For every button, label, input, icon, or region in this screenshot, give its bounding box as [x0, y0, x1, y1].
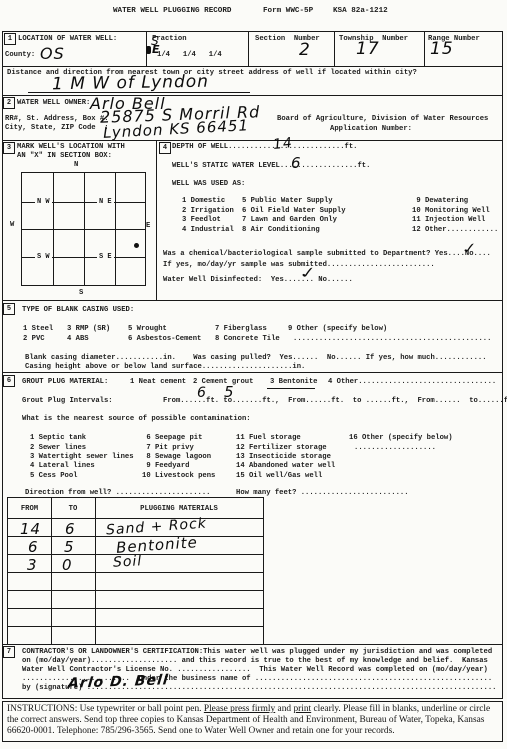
table-line: [8, 518, 263, 519]
table-cell-to: 5: [64, 538, 75, 556]
contamination-option: 6 Seepage pit: [142, 434, 202, 442]
distance-value: 1 M W of Lyndon: [52, 72, 209, 95]
static-water-level-value: 6: [291, 154, 302, 172]
well-location-mark: [134, 243, 139, 248]
ksa-statute: KSA 82a-1212: [333, 7, 388, 15]
form-number: Form WWC-5P: [263, 7, 313, 15]
use-option: 1 Domestic: [182, 197, 225, 205]
contamination-question: What is the nearest source of possible c…: [22, 415, 251, 423]
section-3-number: 3: [3, 142, 15, 154]
compass-w: W: [10, 221, 14, 229]
divider: [2, 95, 502, 96]
divider: [424, 31, 425, 66]
quarter-label-se: S E: [97, 253, 114, 261]
casing-option: 7 Fiberglass: [215, 325, 267, 333]
quarter-label-nw: N W: [35, 198, 52, 206]
use-option: 10 Monitoring Well: [412, 207, 490, 215]
table-header-to: TO: [51, 505, 95, 513]
quarter-label-ne: N E: [97, 198, 114, 206]
direction-from-well-question: Direction from well? ...................…: [25, 489, 210, 497]
depth-value: 14: [272, 135, 293, 153]
contamination-option: 15 Oil well/Gas well: [236, 472, 322, 480]
static-water-level-line: WELL'S STATIC WATER LEVEL...............…: [172, 162, 370, 170]
section-7-number: 7: [3, 646, 15, 658]
contamination-option: 9 Feedyard: [142, 462, 189, 470]
compass-e: E: [146, 222, 150, 230]
table-line: [8, 626, 263, 627]
location-label: LOCATION OF WATER WELL:: [18, 35, 117, 43]
bentonite-underline-mark: [267, 388, 315, 389]
mark-location-label-2: AN "X" IN SECTION BOX:: [17, 152, 112, 160]
well-used-as-label: WELL WAS USED AS:: [172, 180, 245, 188]
casing-option: 5 Wrought: [128, 325, 167, 333]
township-number-value: 17: [356, 39, 380, 59]
contamination-option: 4 Lateral lines: [30, 462, 95, 470]
grout-material-label: GROUT PLUG MATERIAL:: [22, 378, 108, 386]
casing-option: 9 Other (specify below): [288, 325, 387, 333]
table-line: [8, 590, 263, 591]
grout-intervals-label: Grout Plug Intervals:: [22, 397, 113, 405]
grout-option-other: 4 Other................................: [328, 378, 496, 386]
contamination-option: 2 Sewer lines: [30, 444, 86, 452]
casing-option: 4 ABS: [67, 335, 89, 343]
depth-of-well-line: DEPTH OF WELL...........................…: [172, 143, 357, 151]
divider: [2, 300, 502, 301]
interval-to-value: 5: [224, 383, 235, 401]
divider: [2, 66, 502, 67]
table-line: [8, 608, 263, 609]
contamination-option: 11 Fuel storage: [236, 434, 301, 442]
application-number-label: Application Number:: [330, 125, 412, 133]
use-option: 8 Air Conditioning: [242, 226, 320, 234]
table-cell-to: 0: [62, 556, 73, 574]
address-label: RR#, St. Address, Box #:: [5, 115, 109, 123]
divider: [156, 140, 157, 300]
certification-line-3: Water Well Contractor's License No. ....…: [22, 666, 488, 674]
table-line: [8, 572, 263, 573]
divider: [2, 372, 502, 373]
plugging-table: FROM TO PLUGGING MATERIALS 14 6 Sand + R…: [7, 497, 264, 645]
use-option: 6 Oil Field Water Supply: [242, 207, 346, 215]
table-cell-from: 3: [27, 556, 38, 574]
city-state-zip-label: City, State, ZIP Code :: [5, 124, 109, 132]
ink-blob: [146, 46, 151, 54]
contamination-option: 10 Livestock pens: [142, 472, 215, 480]
section-grid: N W N E S W S E: [21, 172, 146, 286]
table-cell-material: Soil: [113, 553, 143, 571]
section-1-number: 1: [4, 33, 16, 45]
section-2-number: 2: [3, 97, 15, 109]
table-header-materials: PLUGGING MATERIALS: [95, 505, 263, 513]
casing-option: 1 Steel: [23, 325, 53, 333]
grid-line: [22, 229, 145, 230]
divider: [2, 140, 502, 141]
certification-line-1: CONTRACTOR'S OR LANDOWNER'S CERTIFICATIO…: [22, 648, 492, 656]
compass-n: N: [74, 161, 78, 169]
grout-option-neat-cement: 1 Neat cement: [130, 378, 186, 386]
table-cell-from: 14: [20, 520, 41, 538]
table-cell-from: 6: [28, 538, 39, 556]
table-line: [95, 498, 96, 644]
fraction-handwritten-e: E: [152, 43, 161, 56]
table-line: [51, 498, 52, 644]
casing-option: 8 Concrete Tile: [215, 335, 280, 343]
certification-line-2: on (mo/day/year).................... and…: [22, 657, 488, 665]
water-well-plugging-record-form: WATER WELL PLUGGING RECORD Form WWC-5P K…: [0, 0, 507, 749]
table-header-from: FROM: [8, 505, 51, 513]
use-option: 4 Industrial: [182, 226, 234, 234]
use-option: 5 Public Water Supply: [242, 197, 333, 205]
use-option: 7 Lawn and Garden Only: [242, 216, 337, 224]
section-number-value: 2: [299, 40, 311, 60]
casing-option: 6 Asbestos-Cement: [128, 335, 201, 343]
contamination-other-blank: ...................: [354, 444, 436, 452]
section-4-number: 4: [159, 142, 171, 154]
fraction-printed: 1/4 1/4 1/4: [157, 51, 222, 59]
use-option: 11 Injection Well: [412, 216, 485, 224]
interval-from-value: 6: [197, 385, 207, 401]
quarter-label-sw: S W: [35, 253, 52, 261]
use-option: 9 Dewatering: [412, 197, 468, 205]
contamination-option: 7 Pit privy: [142, 444, 194, 452]
use-option: 2 Irrigation: [182, 207, 234, 215]
contamination-option: 1 Septic tank: [30, 434, 86, 442]
grout-option-bentonite: 3 Bentonite: [270, 378, 317, 386]
casing-other-blank: ........................................…: [293, 335, 491, 343]
use-option: 3 Feedlot: [182, 216, 221, 224]
divider: [248, 31, 249, 66]
casing-option: 2 PVC: [23, 335, 45, 343]
agency-label: Board of Agriculture, Division of Water …: [277, 115, 488, 123]
range-number-value: 15: [430, 39, 454, 59]
contamination-option: 13 Insecticide storage: [236, 453, 331, 461]
compass-s: S: [79, 289, 83, 297]
handwritten-underline: [28, 92, 250, 93]
use-option: 12 Other............: [412, 226, 498, 234]
owner-label: WATER WELL OWNER:: [17, 99, 90, 107]
contamination-option: 14 Abandoned water well: [236, 462, 335, 470]
table-cell-to: 6: [65, 520, 76, 538]
mark-location-label-1: MARK WELL'S LOCATION WITH: [17, 143, 125, 151]
casing-diameter-line: Blank casing diameter...........in. Was …: [25, 354, 487, 362]
grout-intervals-line: From......ft. to.......ft., From......ft…: [163, 397, 507, 405]
contamination-option: 5 Cess Pool: [30, 472, 77, 480]
casing-label: TYPE OF BLANK CASING USED:: [22, 306, 134, 314]
contamination-option: 8 Sewage lagoon: [142, 453, 211, 461]
county-label: County:: [5, 51, 35, 59]
county-value: OS: [40, 44, 65, 63]
casing-height-line: Casing height above or below land surfac…: [25, 363, 305, 371]
section-6-number: 6: [3, 375, 15, 387]
disinfected-question: Water Well Disinfected: Yes....... No...…: [163, 276, 353, 284]
section-5-number: 5: [3, 303, 15, 315]
instructions-text: INSTRUCTIONS: Use typewriter or ball poi…: [7, 704, 499, 738]
contamination-option: 3 Watertight sewer lines: [30, 453, 134, 461]
contamination-option: 12 Fertilizer storage: [236, 444, 327, 452]
form-title: WATER WELL PLUGGING RECORD: [113, 7, 231, 15]
casing-option: 3 RMP (SR): [67, 325, 110, 333]
sample-submitted-question: Was a chemical/bacteriological sample su…: [163, 250, 491, 258]
divider: [334, 31, 335, 66]
contamination-option-other: 16 Other (specify below): [349, 434, 453, 442]
how-many-feet-question: How many feet? .........................: [236, 489, 409, 497]
